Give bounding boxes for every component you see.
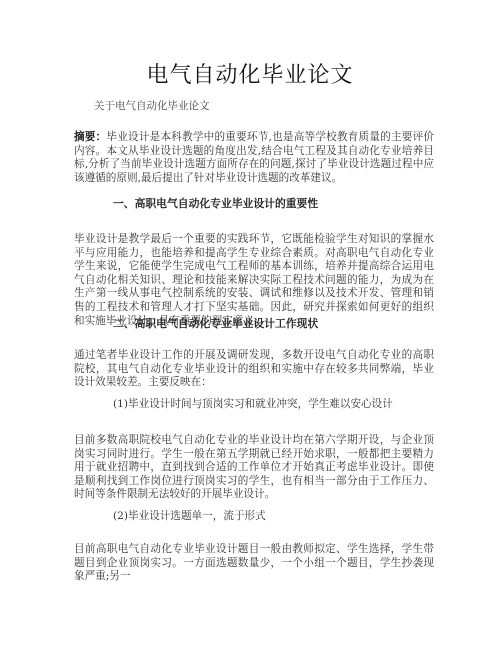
item-1-label: (1)毕业设计时间与顶岗实习和就业冲突，学生难以安心设计: [113, 396, 393, 411]
section-heading-2: 二、高职电气自动化专业毕业设计工作现状: [113, 316, 318, 331]
item-2-paragraph: 目前高职电气自动化专业毕业设计题目一般由教师拟定、学生选择，学生带题目到企业顶岗…: [74, 543, 434, 584]
section-heading-1: 一、高职电气自动化专业毕业设计的重要性: [113, 196, 318, 211]
document-subtitle: 关于电气自动化毕业论文: [94, 98, 210, 113]
item-1-paragraph: 目前多数高职院校电气自动化专业的毕业设计均在第六学期开设，与企业顶岗实习同时进行…: [74, 434, 434, 502]
section-2-paragraph: 通过笔者毕业设计工作的开展及调研发现，多数开设电气自动化专业的高职院校，其电气自…: [74, 349, 434, 390]
abstract-paragraph: 摘要：毕业设计是本科教学中的重要环节,也是高等学校教育质量的主要评价内容。本文从…: [74, 131, 434, 185]
section-1-paragraph: 毕业设计是教学最后一个重要的实践环节，它既能检验学生对知识的掌握水平与应用能力，…: [74, 233, 434, 328]
abstract-label: 摘要：: [74, 131, 106, 143]
document-title: 电气自动化毕业论文: [0, 58, 500, 89]
document-page: 电气自动化毕业论文 关于电气自动化毕业论文 摘要：毕业设计是本科教学中的重要环节…: [0, 0, 500, 647]
abstract-text: 毕业设计是本科教学中的重要环节,也是高等学校教育质量的主要评价内容。本文从毕业设…: [74, 131, 434, 184]
item-2-label: (2)毕业设计选题单一，流于形式: [113, 508, 266, 523]
